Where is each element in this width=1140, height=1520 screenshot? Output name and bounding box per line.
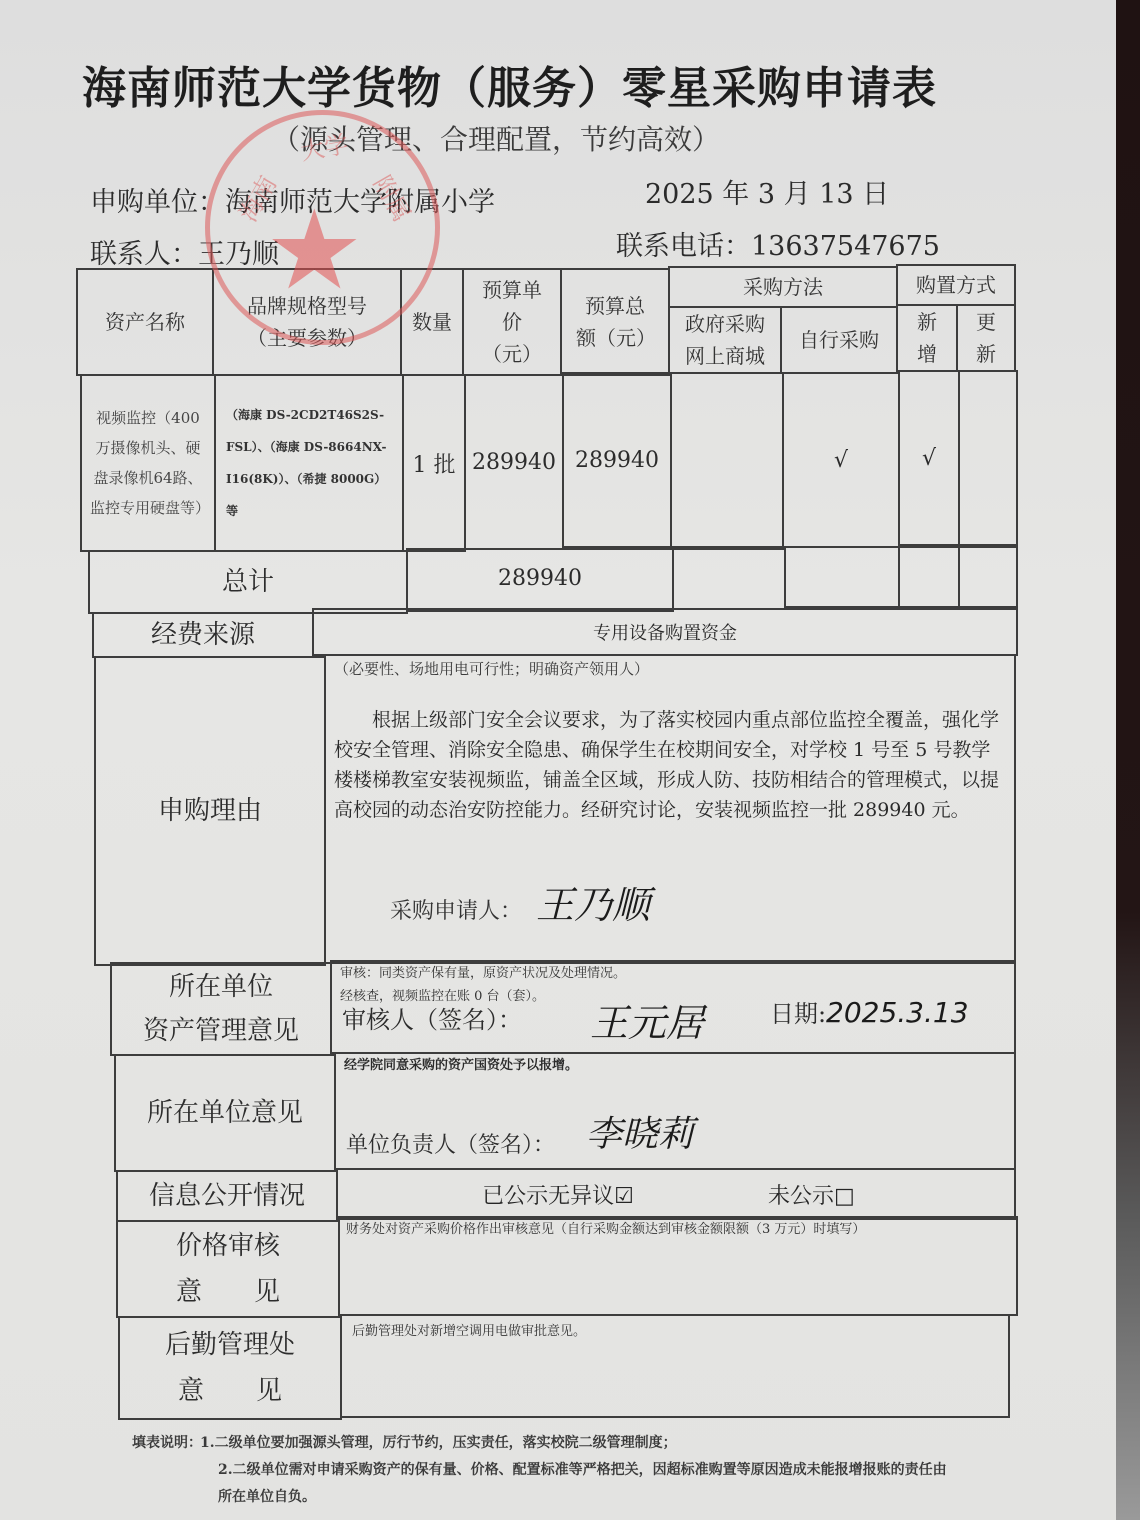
applying-unit: 申购单位：海南师范大学附属小学 xyxy=(90,180,495,219)
price-review-label-line1: 价格审核 xyxy=(176,1223,280,1269)
asset-review-label-line2: 资产管理意见 xyxy=(143,1009,299,1053)
logistics-label-line2: 意 见 xyxy=(178,1368,282,1414)
footnote-item-2: 2.二级单位需对申请采购资产的保有量、价格、配置标准等严格把关，因超标准购置等原… xyxy=(218,1457,958,1511)
row-method-self-check: √ xyxy=(782,372,900,548)
review-date-label: 日期: xyxy=(770,994,826,1029)
unit-opinion-text: 经学院同意采购的资产国资处予以报增。 xyxy=(344,1054,1014,1073)
reviewer-signature: 王元居 xyxy=(590,992,704,1047)
phone-label: 联系电话： xyxy=(616,231,751,262)
asset-review-label: 所在单位 资产管理意见 xyxy=(110,962,332,1056)
applicant-signature: 王乃顺 xyxy=(536,874,650,929)
price-review-label: 价格审核 意 见 xyxy=(116,1220,340,1318)
unit-opinion-cell: 经学院同意采购的资产国资处予以报增。 单位负责人（签名）： 李晓莉 xyxy=(334,1052,1016,1170)
application-date: 2025 年 3 月 13 日 xyxy=(645,172,889,211)
col-purchase-method: 采购方法 xyxy=(668,266,898,308)
col-purchase-type: 购置方式 xyxy=(896,264,1016,306)
logistics-label-line1: 后勤管理处 xyxy=(165,1322,295,1368)
total-type-replace xyxy=(958,546,1018,608)
total-label: 总计 xyxy=(88,550,408,614)
row-type-replace xyxy=(958,370,1018,546)
asset-review-label-line1: 所在单位 xyxy=(169,965,273,1009)
contact-label: 联系人： xyxy=(90,239,198,270)
price-review-hint: 财务处对资产采购价格作出审核意见（自行采购金额达到审核金额限额（3 万元）时填写… xyxy=(346,1218,1016,1237)
contact-value: 王乃顺 xyxy=(198,239,279,270)
phone-value: 13637547675 xyxy=(751,231,940,262)
price-review-label-line2: 意 见 xyxy=(176,1269,280,1315)
total-type-new xyxy=(898,546,960,608)
col-quantity: 数量 xyxy=(400,268,464,376)
disclosure-unpublished-option[interactable]: 未公示□ xyxy=(768,1179,855,1210)
row-total-price: 289940 xyxy=(562,372,672,548)
funding-label: 经费来源 xyxy=(92,612,314,658)
unit-opinion-label: 所在单位意见 xyxy=(114,1054,336,1172)
col-asset-name: 资产名称 xyxy=(76,268,214,376)
row-asset-name: 视频监控（400万摄像机头、硬盘录像机64路、监控专用硬盘等） xyxy=(80,374,216,552)
reviewer-label: 审核人（签名）： xyxy=(342,1000,522,1035)
total-value: 289940 xyxy=(406,548,674,612)
contact-person: 联系人：王乃顺 xyxy=(90,232,279,271)
footnote-item-1: 1.二级单位要加强源头管理，厉行节约，压实责任，落实校院二级管理制度； xyxy=(200,1432,677,1452)
col-total-price: 预算总额（元） xyxy=(560,268,670,376)
logistics-label: 后勤管理处 意 见 xyxy=(118,1316,342,1420)
col-method-self: 自行采购 xyxy=(780,306,898,374)
total-method-self xyxy=(784,546,900,608)
disclosure-published-option[interactable]: 已公示无异议☑ xyxy=(348,1179,768,1210)
col-type-new: 新增 xyxy=(896,304,958,372)
document-subtitle: （源头管理、合理配置，节约高效） xyxy=(272,118,720,158)
row-method-gov-mall xyxy=(670,372,784,548)
applicant-label: 采购申请人： xyxy=(390,894,522,925)
price-review-cell: 财务处对资产采购价格作出审核意见（自行采购金额达到审核金额限额（3 万元）时填写… xyxy=(338,1216,1018,1316)
logistics-hint: 后勤管理处对新增空调用电做审批意见。 xyxy=(352,1320,1008,1339)
reason-cell: （必要性、场地用电可行性；明确资产领用人） 根据上级部门安全会议要求，为了落实校… xyxy=(324,654,1016,964)
col-unit-price: 预算单价（元） xyxy=(462,268,562,376)
logistics-cell: 后勤管理处对新增空调用电做审批意见。 xyxy=(340,1314,1010,1418)
background-edge xyxy=(1116,0,1140,1520)
reason-hint: （必要性、场地用电可行性；明确资产领用人） xyxy=(334,658,1014,679)
document-title: 海南师范大学货物（服务）零星采购申请表 xyxy=(82,52,937,116)
asset-review-cell: 审核：同类资产保有量，原资产状况及处理情况。 经核查，视频监控在账 0 台（套）… xyxy=(330,960,1016,1054)
col-type-replace: 更新 xyxy=(956,304,1016,372)
disclosure-label: 信息公开情况 xyxy=(116,1170,338,1222)
col-method-gov-mall: 政府采购网上商城 xyxy=(668,306,782,374)
asset-review-hint: 审核：同类资产保有量，原资产状况及处理情况。 xyxy=(340,962,1014,981)
unit-value: 海南师范大学附属小学 xyxy=(225,187,495,218)
row-quantity: 1 批 xyxy=(402,374,466,552)
row-unit-price: 289940 xyxy=(464,374,564,550)
total-method-gov-mall xyxy=(672,548,786,610)
unit-head-label: 单位负责人（签名）： xyxy=(346,1128,555,1159)
contact-phone: 联系电话：13637547675 xyxy=(616,224,940,263)
reason-text: 根据上级部门安全会议要求，为了落实校园内重点部位监控全覆盖，强化学校安全管理、消… xyxy=(334,705,1006,825)
funding-value: 专用设备购置资金 xyxy=(312,608,1018,656)
footnote-label: 填表说明： xyxy=(132,1432,202,1452)
unit-label: 申购单位： xyxy=(90,187,225,218)
col-brand-spec: 品牌规格型号（主要参数） xyxy=(212,268,402,376)
disclosure-cell: 已公示无异议☑ 未公示□ xyxy=(336,1168,1016,1220)
review-date-value: 2025.3.13 xyxy=(826,996,969,1029)
unit-head-signature: 李晓莉 xyxy=(586,1106,694,1157)
reason-label: 申购理由 xyxy=(94,656,326,966)
row-brand-spec: （海康 DS-2CD2T46S2S-FSL）、（海康 DS-8664NX-I16… xyxy=(214,374,404,552)
row-type-new-check: √ xyxy=(898,370,960,546)
